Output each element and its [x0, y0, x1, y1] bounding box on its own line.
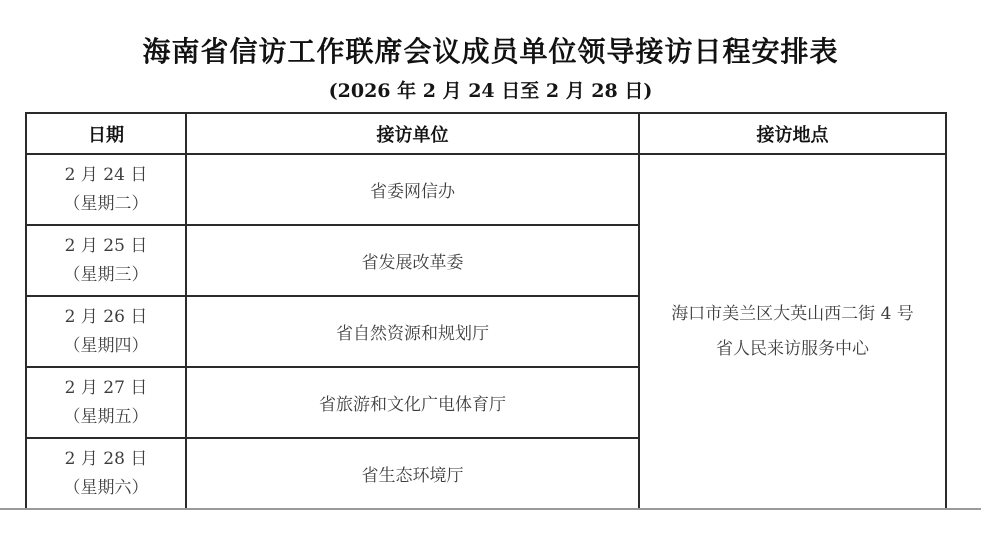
schedule-table: 日期 接访单位 接访地点 2 月 24 日 （星期二） 省委网信办 海口市美兰区… — [25, 112, 947, 510]
date-text: 2 月 25 日 — [27, 232, 185, 261]
unit-cell: 省发展改革委 — [186, 225, 639, 296]
col-header-date: 日期 — [26, 113, 186, 154]
date-cell: 2 月 26 日 （星期四） — [26, 296, 186, 367]
page-title: 海南省信访工作联席会议成员单位领导接访日程安排表 — [0, 30, 981, 70]
weekday-text: （星期三） — [27, 261, 185, 290]
bottom-divider — [0, 508, 981, 510]
unit-cell: 省自然资源和规划厅 — [186, 296, 639, 367]
date-cell: 2 月 27 日 （星期五） — [26, 367, 186, 438]
weekday-text: （星期四） — [27, 332, 185, 361]
col-header-location: 接访地点 — [639, 113, 946, 154]
weekday-text: （星期二） — [27, 190, 185, 219]
date-text: 2 月 27 日 — [27, 374, 185, 403]
document-page: 海南省信访工作联席会议成员单位领导接访日程安排表 (2026 年 2 月 24 … — [0, 0, 981, 556]
date-text: 2 月 28 日 — [27, 445, 185, 474]
weekday-text: （星期六） — [27, 474, 185, 503]
location-line2: 省人民来访服务中心 — [640, 332, 945, 367]
date-text: 2 月 24 日 — [27, 161, 185, 190]
unit-cell: 省旅游和文化广电体育厅 — [186, 367, 639, 438]
location-line1: 海口市美兰区大英山西二街 4 号 — [640, 297, 945, 332]
date-cell: 2 月 28 日 （星期六） — [26, 438, 186, 509]
location-cell: 海口市美兰区大英山西二街 4 号 省人民来访服务中心 — [639, 154, 946, 509]
header-row: 日期 接访单位 接访地点 — [26, 113, 946, 154]
date-cell: 2 月 24 日 （星期二） — [26, 154, 186, 225]
page-subtitle: (2026 年 2 月 24 日至 2 月 28 日) — [0, 76, 981, 103]
col-header-unit: 接访单位 — [186, 113, 639, 154]
weekday-text: （星期五） — [27, 403, 185, 432]
unit-cell: 省委网信办 — [186, 154, 639, 225]
unit-cell: 省生态环境厅 — [186, 438, 639, 509]
table-row: 2 月 24 日 （星期二） 省委网信办 海口市美兰区大英山西二街 4 号 省人… — [26, 154, 946, 225]
date-cell: 2 月 25 日 （星期三） — [26, 225, 186, 296]
date-text: 2 月 26 日 — [27, 303, 185, 332]
